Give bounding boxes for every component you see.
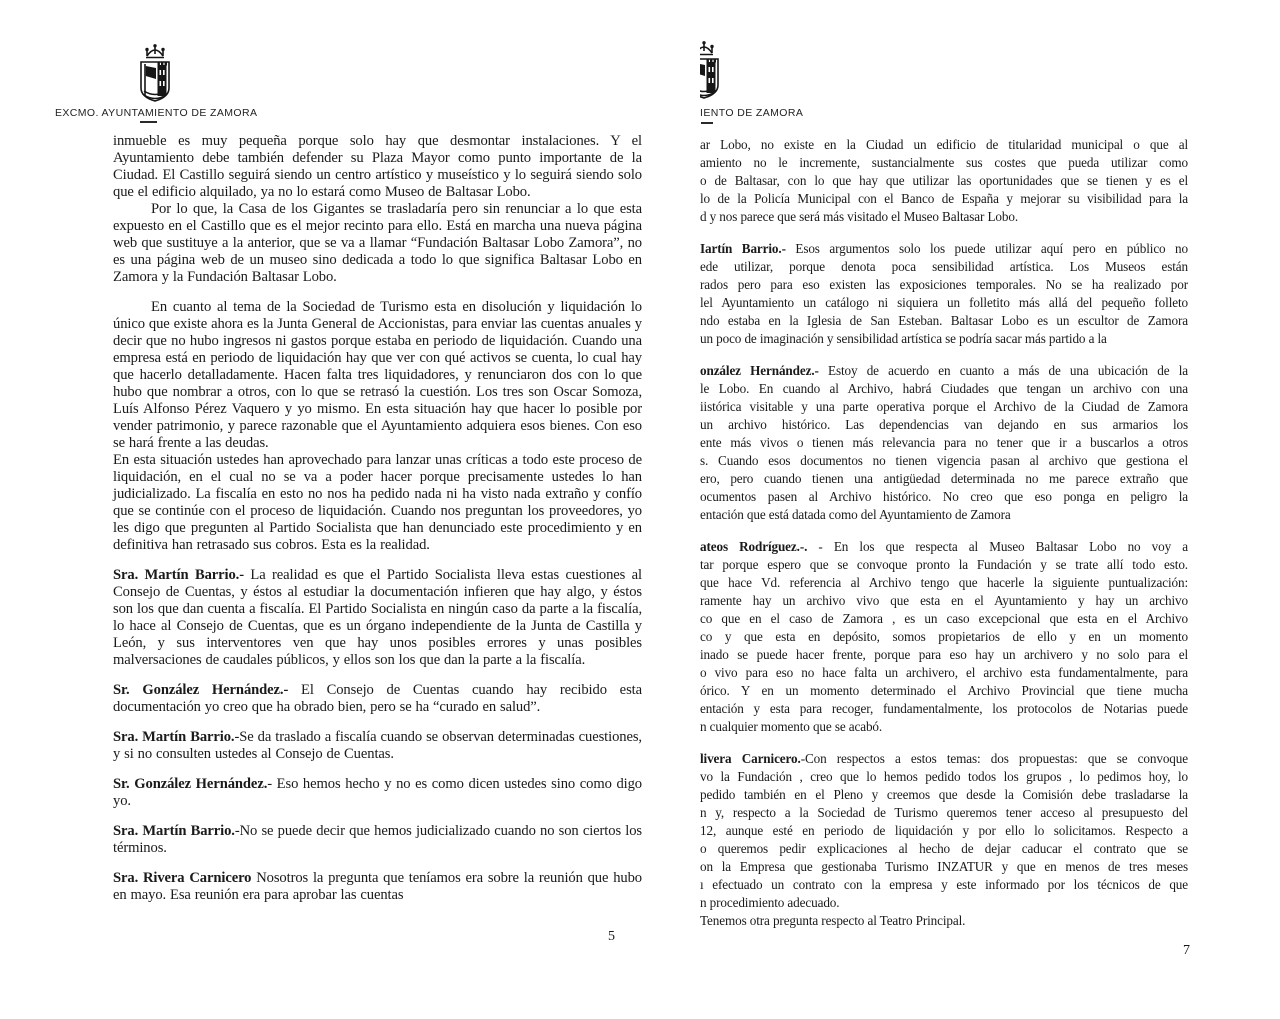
speaker-name: Sr. González Hernández. (113, 776, 267, 792)
text-line: onzález Hernández.- Estoy de acuerdo en … (700, 362, 1188, 380)
text-line: ar Lobo, no existe en la Ciudad un edifi… (700, 136, 1188, 154)
text-line: n y, respecto a la Sociedad de Turismo q… (700, 804, 1188, 822)
text-line: un poco de imaginación y sensibilidad ar… (700, 330, 1188, 348)
institution-name-left: EXCMO. AYUNTAMIENTO DE ZAMORA (55, 107, 257, 119)
zamora-coat-of-arms-icon (126, 43, 184, 107)
page-number-left: 5 (608, 929, 615, 945)
text-line: pedido también en el Pleno y creemos que… (700, 786, 1188, 804)
text-line: un archivo histórico. Las dependencias v… (700, 416, 1188, 434)
speaker-paragraph: Sr. González Hernández.- Eso hemos hecho… (113, 776, 642, 810)
speaker-block: livera Carnicero.-Con respectos a estos … (700, 750, 1188, 930)
page-number-right: 7 (1183, 943, 1190, 959)
text-line: ndo estaba en la Iglesia de San Esteban.… (700, 312, 1188, 330)
paragraph: Por lo que, la Casa de los Gigantes se t… (113, 201, 642, 286)
speaker-paragraph: Sra. Rivera Carnicero Nosotros la pregun… (113, 870, 642, 904)
speaker-name: livera Carnicero. (700, 751, 801, 766)
institution-name-right: IENTO DE ZAMORA (700, 107, 803, 119)
speaker-name: Sra. Martín Barrio.- (113, 567, 244, 583)
text-line: lel Ayuntamiento un catálogo ni siquiera… (700, 294, 1188, 312)
speaker-paragraph: Sra. Martín Barrio.- La realidad es que … (113, 567, 642, 669)
speaker-paragraph: Sr. González Hernández.- El Consejo de C… (113, 682, 642, 716)
speaker-block: ateos Rodríguez.-. - En los que respecta… (700, 538, 1188, 736)
text-line: rados pero para eso existen las exposici… (700, 276, 1188, 294)
text-line: ente más vivos o tienen más relevancia p… (700, 434, 1188, 452)
text-line: iistórica visitable y una parte operativ… (700, 398, 1188, 416)
text-line: d y nos parece que será más visitado el … (700, 208, 1188, 226)
text-line: Tenemos otra pregunta respecto al Teatro… (700, 912, 1188, 930)
org-underline-right (701, 122, 713, 124)
zamora-coat-of-arms-icon-cropped (700, 40, 731, 106)
text-line: n cualquier momento que se acabó. (700, 718, 1188, 736)
speaker-name: Sra. Martín Barrio. (113, 823, 235, 839)
speaker-name: ateos Rodríguez.-. (700, 539, 807, 554)
text-line: ı efectuado un contrato con la empresa y… (700, 876, 1188, 894)
text-line: s. Cuando esos documentos no tienen vige… (700, 452, 1188, 470)
speaker-name: Sra. Martín Barrio. (113, 729, 234, 745)
speaker-block: Iartín Barrio.- Esos argumentos solo los… (700, 240, 1188, 348)
text-line: co y que esta en depósito, somos propiet… (700, 628, 1188, 646)
text-line: entación y esta para recoger, fundamenta… (700, 700, 1188, 718)
text-line: le Lobo. En cuando al Archivo, habrá Ciu… (700, 380, 1188, 398)
page-7-text-column: ar Lobo, no existe en la Ciudad un edifi… (700, 136, 1188, 930)
text-line: inado se puede hacer frente, porque para… (700, 646, 1188, 664)
scanned-document: { "document": { "left_page": { "institut… (0, 0, 1280, 1019)
text-block: ar Lobo, no existe en la Ciudad un edifi… (700, 136, 1188, 226)
speaker-name: onzález Hernández.- (700, 363, 819, 378)
text-line: vo la Fundación , creo que lo hemos pedi… (700, 768, 1188, 786)
text-line: ramente hay un archivo vivo que esta en … (700, 592, 1188, 610)
text-line: ocumentos pasen al Archivo histórico. No… (700, 488, 1188, 506)
speaker-block: onzález Hernández.- Estoy de acuerdo en … (700, 362, 1188, 524)
speaker-paragraph: Sra. Martín Barrio.-Se da traslado a fis… (113, 729, 642, 763)
text-line: entación que está datada como del Ayunta… (700, 506, 1188, 524)
text-line: o vivo para eso no hace falta un archive… (700, 664, 1188, 682)
text-line: 12, aunque esté en periodo de liquidació… (700, 822, 1188, 840)
text-line: o de Baltasar, con lo que hay que utiliz… (700, 172, 1188, 190)
paragraph: En esta situación ustedes han aprovechad… (113, 452, 642, 554)
text-line: co que en el caso de Zamora , es un caso… (700, 610, 1188, 628)
text-line: ateos Rodríguez.-. - En los que respecta… (700, 538, 1188, 556)
text-line: o queremos pedir explicaciones al hecho … (700, 840, 1188, 858)
text-line: órico. Y en un momento determinado el Ar… (700, 682, 1188, 700)
paragraph: En cuanto al tema de la Sociedad de Turi… (113, 299, 642, 452)
speaker-paragraph: Sra. Martín Barrio.-No se puede decir qu… (113, 823, 642, 857)
text-line: que hace Vd. referencia al Archivo tengo… (700, 574, 1188, 592)
text-line: n procedimiento adecuado. (700, 894, 1188, 912)
speaker-name: Sr. González Hernández.- (113, 682, 288, 698)
text-line: ede utilizar, porque denota poca sensibi… (700, 258, 1188, 276)
paragraph: inmueble es muy pequeña porque solo hay … (113, 133, 642, 201)
text-line: livera Carnicero.-Con respectos a estos … (700, 750, 1188, 768)
text-line: Iartín Barrio.- Esos argumentos solo los… (700, 240, 1188, 258)
page-5-text-column: inmueble es muy pequeña porque solo hay … (113, 133, 642, 904)
speaker-name: Iartín Barrio.- (700, 241, 786, 256)
org-underline-left (140, 121, 157, 123)
text-line: lo de la Policía Municipal con el Banco … (700, 190, 1188, 208)
speaker-name: Sra. Rivera Carnicero (113, 870, 251, 886)
text-line: amiento no le incremente, sustancialment… (700, 154, 1188, 172)
text-line: tar porque espero que se convoque pronto… (700, 556, 1188, 574)
text-line: ero, pero cuando tienen una antigüedad d… (700, 470, 1188, 488)
text-line: on la Empresa que gestionaba Turismo INZ… (700, 858, 1188, 876)
